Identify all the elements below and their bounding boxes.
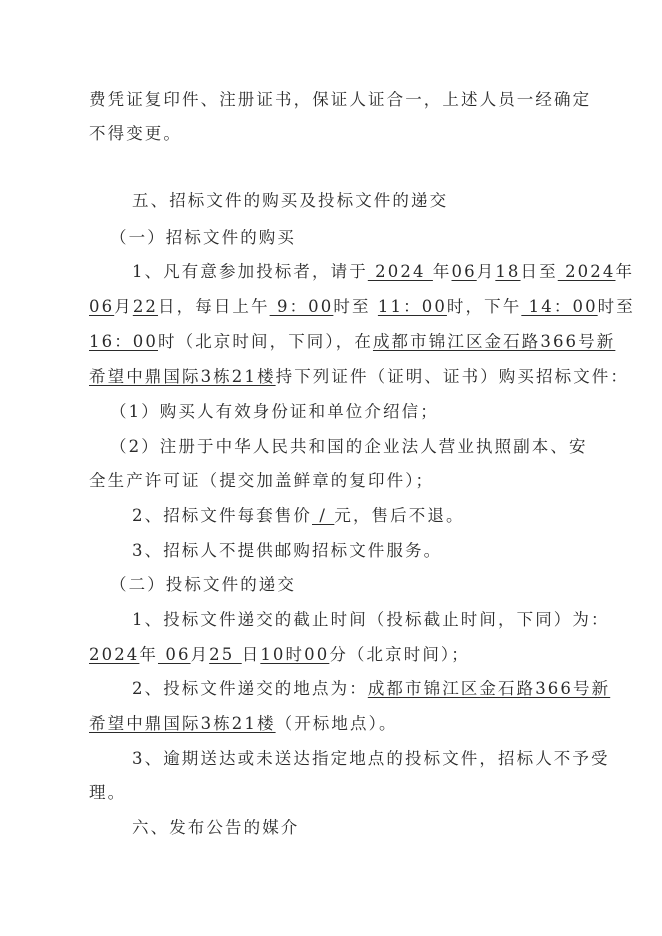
start-day: 18 bbox=[495, 262, 520, 281]
start-month: 06 bbox=[452, 262, 477, 281]
paragraph-line: 费凭证复印件、注册证书，保证人证合一，上述人员一经确定 bbox=[89, 90, 579, 110]
list-item: （1）购买人有效身份证和单位介绍信； bbox=[110, 402, 600, 422]
end-year: 2024 bbox=[558, 262, 616, 281]
afternoon-start: 14：00 bbox=[521, 297, 597, 316]
paragraph-line: 2、投标文件递交的地点为：成都市锦江区金石路366号新 bbox=[132, 679, 622, 699]
end-day: 22 bbox=[133, 297, 158, 316]
address: 成都市锦江区金石路366号新 bbox=[368, 679, 610, 698]
paragraph-line: 2、招标文件每套售价 / 元，售后不退。 bbox=[132, 506, 622, 526]
text: 1、凡有意参加投标者，请于 bbox=[132, 262, 368, 281]
text: 日 bbox=[242, 645, 261, 664]
paragraph-line: 理。 bbox=[89, 783, 579, 803]
text: （开标地点）。 bbox=[276, 714, 398, 733]
text: 时至 bbox=[598, 297, 635, 316]
heading-text: 六、发布公告的媒介 bbox=[132, 818, 299, 837]
list-item: （2）注册于中华人民共和国的企业法人营业执照副本、安 bbox=[110, 437, 600, 457]
text: 月 bbox=[191, 645, 210, 664]
text: 时，下午 bbox=[447, 297, 521, 316]
text: 全生产许可证（提交加盖鲜章的复印件）； bbox=[89, 471, 434, 490]
text: 日，每日上午 bbox=[158, 297, 270, 316]
text: 月 bbox=[477, 262, 496, 281]
paragraph-line: 3、逾期送达或未送达指定地点的投标文件，招标人不予受 bbox=[132, 749, 622, 769]
text: 不得变更。 bbox=[89, 124, 182, 143]
text: 时（北京时间，下同），在 bbox=[158, 332, 373, 351]
paragraph-line: 06月22日，每日上午 9：00时至 11：00时，下午 14：00时至 bbox=[89, 297, 579, 317]
section-heading-6: 六、发布公告的媒介 bbox=[132, 818, 622, 838]
address: 成都市锦江区金石路366号新 bbox=[373, 332, 615, 351]
text: 月 bbox=[114, 297, 133, 316]
deadline-day: 25 bbox=[209, 645, 242, 664]
text: 理。 bbox=[89, 783, 126, 802]
address: 希望中鼎国际3栋21楼 bbox=[89, 714, 276, 733]
paragraph-line: 希望中鼎国际3栋21楼持下列证件（证明、证书）购买招标文件： bbox=[89, 367, 579, 387]
text: 持下列证件（证明、证书）购买招标文件： bbox=[276, 367, 629, 386]
text: 日至 bbox=[521, 262, 558, 281]
deadline-year: 2024 bbox=[89, 645, 139, 664]
end-month: 06 bbox=[89, 297, 114, 316]
text: 年 bbox=[615, 262, 634, 281]
heading-text: （二）投标文件的递交 bbox=[110, 575, 296, 594]
paragraph-line: 2024年 06月25 日10时00分（北京时间）； bbox=[89, 645, 579, 665]
text: 元，售后不退。 bbox=[334, 506, 464, 525]
paragraph-line: 全生产许可证（提交加盖鲜章的复印件）； bbox=[89, 471, 579, 491]
text: （1）购买人有效身份证和单位介绍信； bbox=[110, 402, 439, 421]
paragraph-line: 1、投标文件递交的截止时间（投标截止时间，下同）为： bbox=[132, 610, 622, 630]
section-heading-5: 五、招标文件的购买及投标文件的递交 bbox=[132, 191, 622, 211]
heading-text: （一）招标文件的购买 bbox=[110, 228, 296, 247]
text: 时至 bbox=[333, 297, 378, 316]
heading-text: 五、招标文件的购买及投标文件的递交 bbox=[132, 191, 448, 210]
deadline-time: 10时00 bbox=[260, 645, 329, 664]
text: 3、逾期送达或未送达指定地点的投标文件，招标人不予受 bbox=[132, 749, 610, 768]
text: 2、投标文件递交的地点为： bbox=[132, 679, 368, 698]
paragraph-line: 希望中鼎国际3栋21楼（开标地点）。 bbox=[89, 714, 579, 734]
address: 希望中鼎国际3栋21楼 bbox=[89, 367, 276, 386]
text: 3、招标人不提供邮购招标文件服务。 bbox=[132, 541, 442, 560]
subsection-heading-2: （二）投标文件的递交 bbox=[110, 575, 600, 595]
text: 1、投标文件递交的截止时间（投标截止时间，下同）为： bbox=[132, 610, 610, 629]
text: 2、招标文件每套售价 bbox=[132, 506, 312, 525]
text: 分（北京时间）； bbox=[329, 645, 470, 664]
text: 年 bbox=[433, 262, 452, 281]
subsection-heading-1: （一）招标文件的购买 bbox=[110, 228, 600, 248]
afternoon-end: 16：00 bbox=[89, 332, 158, 351]
start-year: 2024 bbox=[368, 262, 433, 281]
paragraph-line: 16：00时（北京时间，下同），在成都市锦江区金石路366号新 bbox=[89, 332, 579, 352]
text: 年 bbox=[139, 645, 158, 664]
paragraph-line: 不得变更。 bbox=[89, 124, 579, 144]
price: / bbox=[312, 506, 334, 525]
morning-end: 11：00 bbox=[378, 297, 447, 316]
text: 费凭证复印件、注册证书，保证人证合一，上述人员一经确定 bbox=[89, 90, 591, 109]
deadline-month: 06 bbox=[158, 645, 191, 664]
text: （2）注册于中华人民共和国的企业法人营业执照副本、安 bbox=[110, 437, 588, 456]
paragraph-line: 1、凡有意参加投标者，请于 2024 年06月18日至 2024年 bbox=[132, 262, 622, 282]
morning-start: 9：00 bbox=[270, 297, 334, 316]
paragraph-line: 3、招标人不提供邮购招标文件服务。 bbox=[132, 541, 622, 561]
